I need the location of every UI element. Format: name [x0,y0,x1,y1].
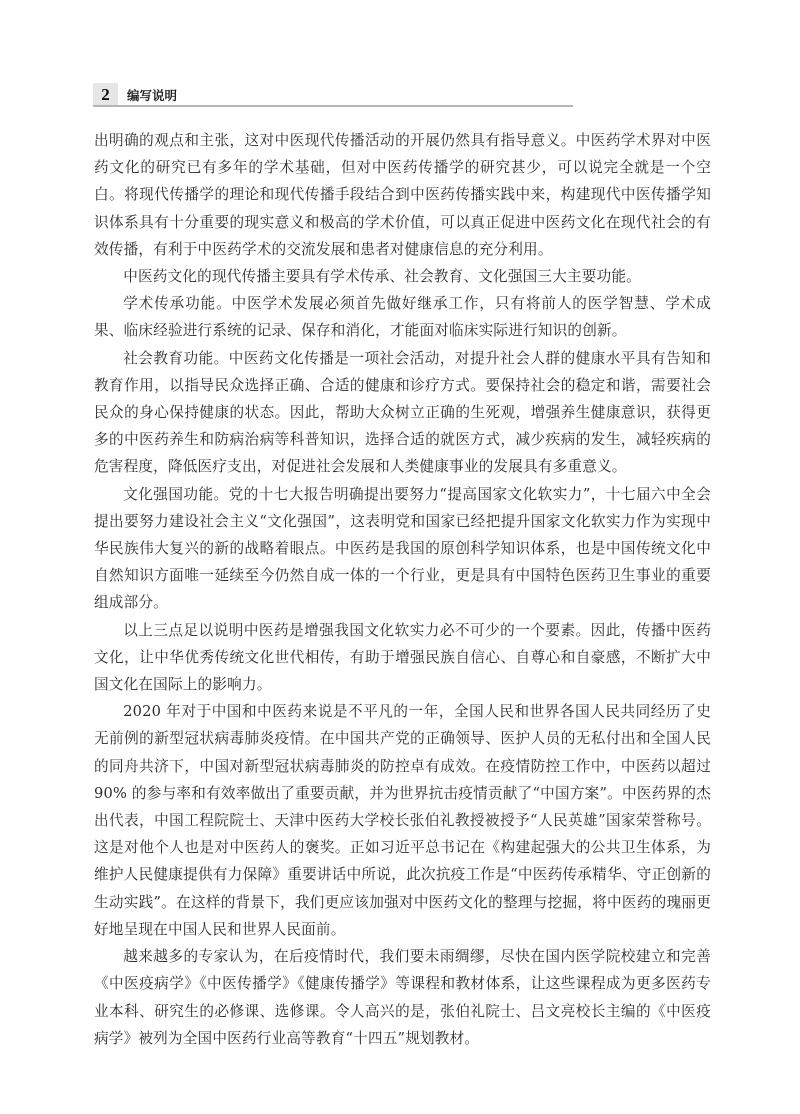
running-header: 2 编写说明 [93,83,493,107]
paragraph-4: 社会教育功能。中医药文化传播是一项社会活动，对提升社会人群的健康水平具有告知和教… [94,345,711,481]
paragraph-1: 出明确的观点和主张，这对中医现代传播活动的开展仍然具有指导意义。中医药学术界对中… [94,127,711,263]
header-divider [93,105,573,107]
body-text: 出明确的观点和主张，这对中医现代传播活动的开展仍然具有指导意义。中医药学术界对中… [94,127,711,1052]
section-title: 编写说明 [127,86,177,104]
paragraph-2: 中医药文化的现代传播主要具有学术传承、社会教育、文化强国三大主要功能。 [94,263,711,290]
paragraph-5: 文化强国功能。党的十七大报告明确提出要努力“提高国家文化软实力”，十七届六中全会… [94,481,711,617]
paragraph-3: 学术传承功能。中医学术发展必须首先做好继承工作，只有将前人的医学智慧、学术成果、… [94,290,711,344]
paragraph-6: 以上三点足以说明中医药是增强我国文化软实力必不可少的一个要素。因此，传播中医药文… [94,617,711,699]
paragraph-7: 2020 年对于中国和中医药来说是不平凡的一年，全国人民和世界各国人民共同经历了… [94,698,711,943]
page-number: 2 [93,83,119,107]
paragraph-8: 越来越多的专家认为，在后疫情时代，我们要未雨绸缪，尽快在国内医学院校建立和完善《… [94,943,711,1052]
